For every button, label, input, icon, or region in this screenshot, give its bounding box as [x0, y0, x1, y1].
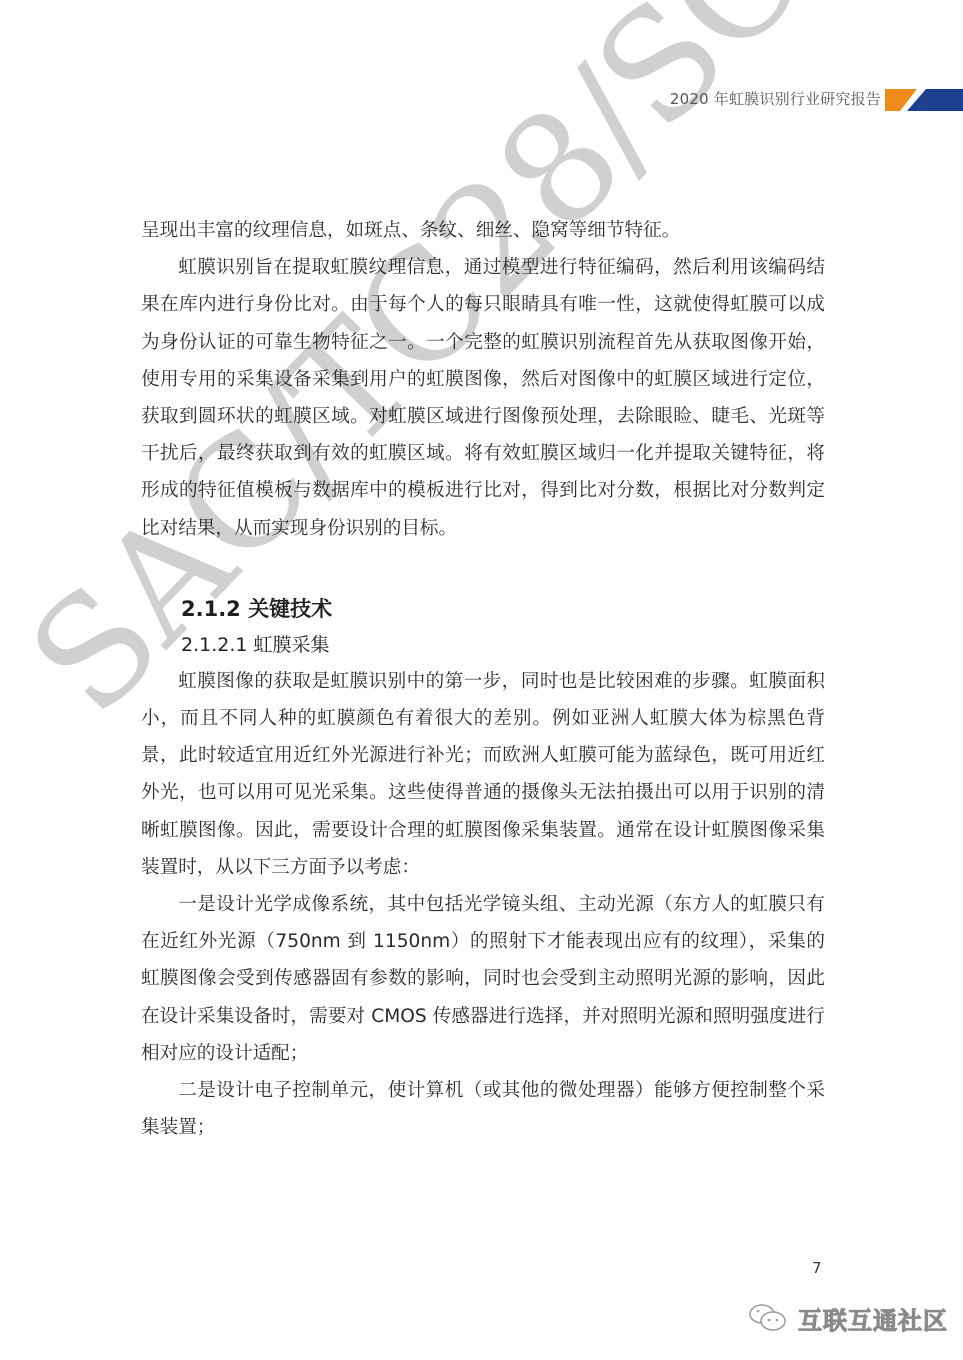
subsection-heading: 2.1.2.1 虹膜采集: [141, 627, 825, 663]
paragraph: 呈现出丰富的纹理信息，如斑点、条纹、细丝、隐窝等细节特征。: [141, 212, 825, 249]
section-heading: 2.1.2 关键技术: [141, 591, 825, 627]
page-number: 7: [812, 1259, 822, 1277]
report-title: 2020 年虹膜识别行业研究报告: [670, 88, 881, 109]
paragraph: 一是设计光学成像系统，其中包括光学镜头组、主动光源（东方人的虹膜只有在近红外光源…: [141, 886, 825, 1072]
brand-name: 互联互通社区: [798, 1301, 948, 1336]
wechat-icon: [748, 1302, 788, 1334]
paragraph: 虹膜图像的获取是虹膜识别中的第一步，同时也是比较困难的步骤。虹膜面积小，而且不同…: [141, 663, 825, 886]
paragraph: 虹膜识别旨在提取虹膜纹理信息，通过模型进行特征编码，然后利用该编码结果在库内进行…: [141, 249, 825, 547]
document-body: 呈现出丰富的纹理信息，如斑点、条纹、细丝、隐窝等细节特征。 虹膜识别旨在提取虹膜…: [141, 212, 825, 1146]
header-decoration-icon: [885, 84, 963, 114]
footer-brand: 互联互通社区: [748, 1300, 948, 1336]
page-header: 2020 年虹膜识别行业研究报告: [0, 84, 963, 114]
paragraph: 二是设计电子控制单元，使计算机（或其他的微处理器）能够方便控制整个采集装置；: [141, 1072, 825, 1146]
